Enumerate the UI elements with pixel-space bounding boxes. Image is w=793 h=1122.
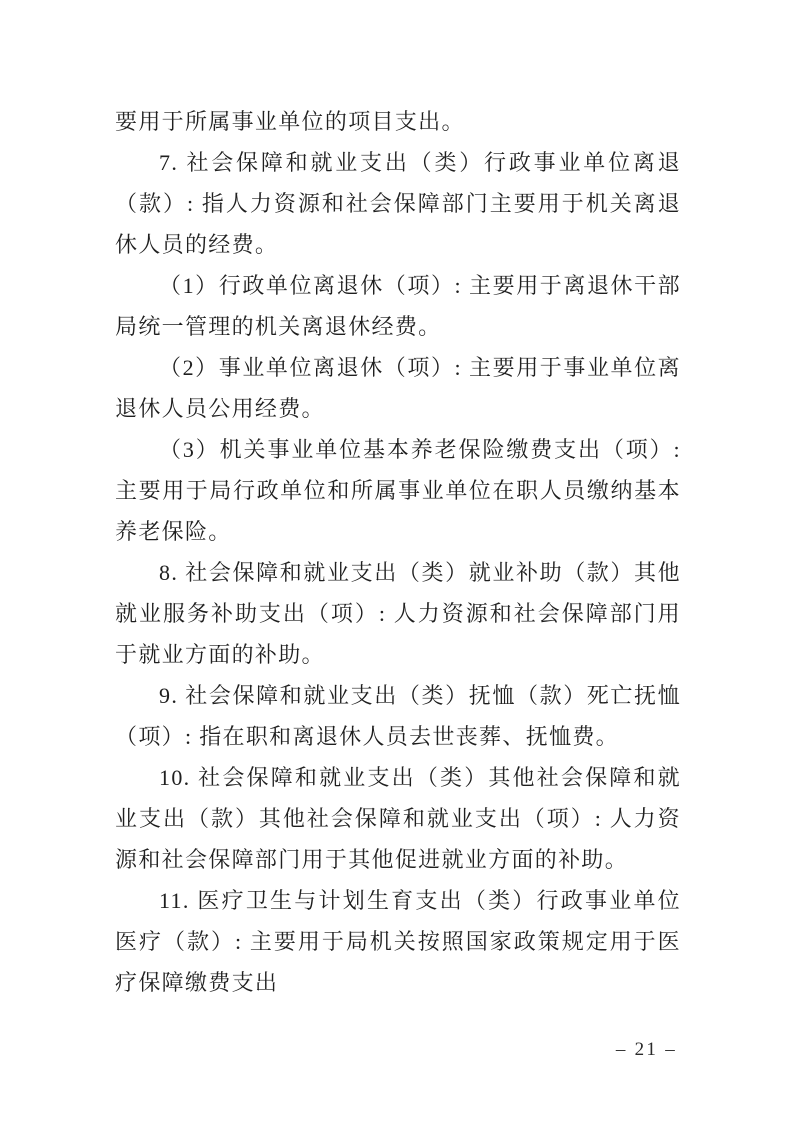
paragraph: （2）事业单位离退休（项）: 主要用于事业单位离退休人员公用经费。	[115, 347, 681, 429]
paragraph: 7. 社会保障和就业支出（类）行政事业单位离退（款）: 指人力资源和社会保障部门…	[115, 142, 681, 265]
paragraph: （3）机关事业单位基本养老保险缴费支出（项）: 主要用于局行政单位和所属事业单位…	[115, 429, 681, 552]
paragraph: （1）行政单位离退休（项）: 主要用于离退休干部局统一管理的机关离退休经费。	[115, 265, 681, 347]
paragraph: 11. 医疗卫生与计划生育支出（类）行政事业单位医疗（款）: 主要用于局机关按照…	[115, 880, 681, 1003]
paragraph: 9. 社会保障和就业支出（类）抚恤（款）死亡抚恤（项）: 指在职和离退休人员去世…	[115, 675, 681, 757]
page-footer: – 21 –	[616, 1036, 677, 1064]
document-body: 要用于所属事业单位的项目支出。7. 社会保障和就业支出（类）行政事业单位离退（款…	[115, 101, 681, 1003]
paragraph: 8. 社会保障和就业支出（类）就业补助（款）其他就业服务补助支出（项）: 人力资…	[115, 552, 681, 675]
document-page: 要用于所属事业单位的项目支出。7. 社会保障和就业支出（类）行政事业单位离退（款…	[0, 0, 793, 1122]
page-number: – 21 –	[616, 1039, 677, 1060]
paragraph: 要用于所属事业单位的项目支出。	[115, 101, 681, 142]
paragraph: 10. 社会保障和就业支出（类）其他社会保障和就业支出（款）其他社会保障和就业支…	[115, 757, 681, 880]
